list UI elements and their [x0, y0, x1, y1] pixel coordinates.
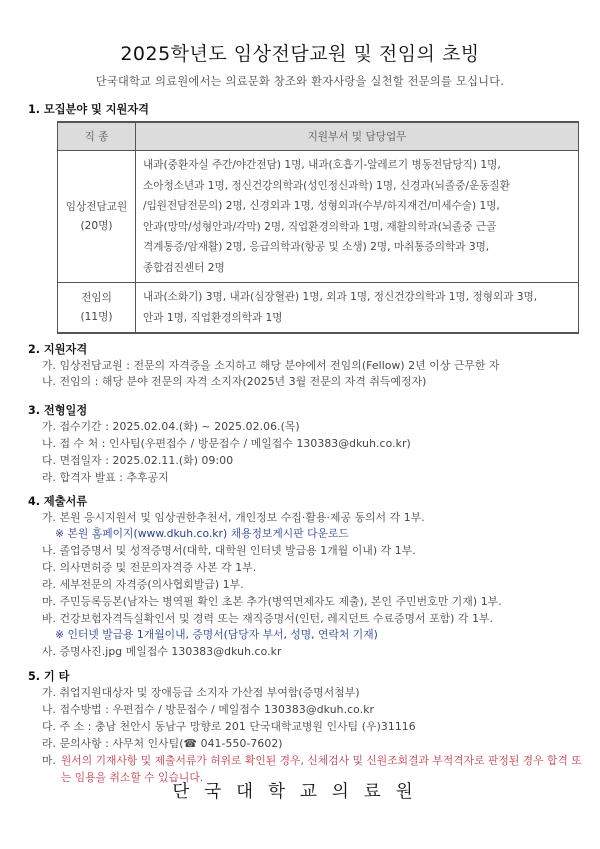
recruitment-table: 직 종 지원부서 및 담당업무 임상전담교원 (20명) 내과(중환자실 주간/… [57, 121, 579, 334]
category-count: (20명) [58, 217, 135, 236]
certificate-note: ※ 인터넷 발급용 1개월이내, 증명서(담당자 부서, 성명, 연락처 기재) [55, 627, 378, 642]
section-heading-documents: 4. 제출서류 [28, 493, 87, 509]
document-item: 가. 본원 응시지원서 및 임상권한추천서, 개인정보 수집·활용·제공 동의서… [42, 510, 425, 525]
departments-cell: 내과(중환자실 주간/야간전담) 1명, 내과(호흡기-알레르기 병동전담당직)… [136, 151, 579, 283]
category-name: 임상전담교원 [58, 198, 135, 217]
section-heading-qualifications: 2. 지원자격 [28, 341, 87, 357]
other-item: 다. 주 소 : 충남 천안시 동남구 망향로 201 단국대학교병원 인사팀 … [42, 719, 416, 734]
document-item: 나. 졸업증명서 및 성적증명서(대학, 대학원 인터넷 발급용 1개월 이내)… [42, 543, 416, 558]
table-row: 전임의 (11명) 내과(소화기) 3명, 내과(심장혈관) 1명, 외과 1명… [58, 283, 579, 334]
section-heading-other: 5. 기 타 [28, 668, 69, 684]
table-header-row: 직 종 지원부서 및 담당업무 [58, 122, 579, 151]
document-item: 다. 의사면허증 및 전문의자격증 사본 각 1부. [42, 560, 256, 575]
footer-organization-name: 단국대학교의료원 [0, 778, 600, 803]
category-name: 전임의 [58, 289, 135, 308]
document-item: 사. 증명사진.jpg 메일접수 130383@dkuh.co.kr [42, 644, 282, 659]
other-item: 나. 접수방법 : 우편접수 / 방문접수 / 메일접수 130383@dkuh… [42, 702, 374, 717]
document-item: 바. 건강보험자격득실확인서 및 경력 또는 재직증명서(인턴, 레지던트 수료… [42, 611, 493, 626]
section-heading-schedule: 3. 전형일정 [28, 402, 87, 418]
department-line: 내과(중환자실 주간/야간전담) 1명, 내과(호흡기-알레르기 병동전담당직)… [143, 155, 570, 176]
department-line: 안과 1명, 직업환경의학과 1명 [143, 308, 570, 329]
table-header-departments: 지원부서 및 담당업무 [136, 122, 579, 151]
document-item: 마. 주민등록등본(남자는 병역필 확인 초본 추가(병역면제자도 제출), 본… [42, 594, 502, 609]
department-line: /입원전담전문의) 2명, 신경외과 1명, 성형외과(수부/하지재건/미세수술… [143, 196, 570, 217]
department-line: 종합검진센터 2명 [143, 258, 570, 279]
category-cell: 임상전담교원 (20명) [58, 151, 136, 283]
schedule-item: 가. 접수기간 : 2025.02.04.(화) ~ 2025.02.06.(목… [42, 419, 300, 434]
other-item: 가. 취업지원대상자 및 장애등급 소지자 가산점 부여함(증명서첨부) [42, 685, 360, 700]
page-title: 2025학년도 임상전담교원 및 전임의 초빙 [0, 39, 600, 66]
department-line: 내과(소화기) 3명, 내과(심장혈관) 1명, 외과 1명, 정신건강의학과 … [143, 287, 570, 308]
section-heading-recruitment: 1. 모집분야 및 지원자격 [28, 101, 149, 117]
department-line: 격계통증/암재활) 2명, 응급의학과(항공 및 소생) 2명, 마취통증의학과… [143, 237, 570, 258]
department-line: 안과(망막/성형안과/각막) 2명, 직업환경의학과 1명, 재활의학과(뇌졸중… [143, 217, 570, 238]
category-cell: 전임의 (11명) [58, 283, 136, 334]
document-item: 라. 세부전문의 자격증(의사협회발급) 1부. [42, 577, 244, 592]
category-count: (11명) [58, 308, 135, 327]
department-line: 소아청소년과 1명, 정신건강의학과(성인정신과학) 1명, 신경과(뇌졸중/운… [143, 176, 570, 197]
schedule-item: 라. 합격자 발표 : 추후공지 [42, 470, 169, 485]
schedule-item: 나. 접 수 처 : 인사팀(우편접수 / 방문접수 / 메일접수 130383… [42, 436, 411, 451]
qualification-item: 가. 임상전담교원 : 전문의 자격증을 소지하고 해당 분야에서 전임의(Fe… [42, 358, 500, 373]
qualification-item: 나. 전임의 : 해당 분야 전문의 자격 소지자(2025년 3월 전문의 자… [42, 374, 426, 389]
other-item: 라. 문의사항 : 사무처 인사팀(☎ 041-550-7602) [42, 736, 283, 751]
homepage-download-note: ※ 본원 홈페이지(www.dkuh.co.kr) 채용정보게시판 다운로드 [55, 526, 349, 541]
table-row: 임상전담교원 (20명) 내과(중환자실 주간/야간전담) 1명, 내과(호흡기… [58, 151, 579, 283]
intro-text: 단국대학교 의료원에서는 의료문화 창조와 환자사랑을 실천할 전문의를 모십니… [0, 73, 600, 89]
schedule-item: 다. 면접일자 : 2025.02.11.(화) 09:00 [42, 453, 233, 468]
table-header-category: 직 종 [58, 122, 136, 151]
departments-cell: 내과(소화기) 3명, 내과(심장혈관) 1명, 외과 1명, 정신건강의학과 … [136, 283, 579, 334]
